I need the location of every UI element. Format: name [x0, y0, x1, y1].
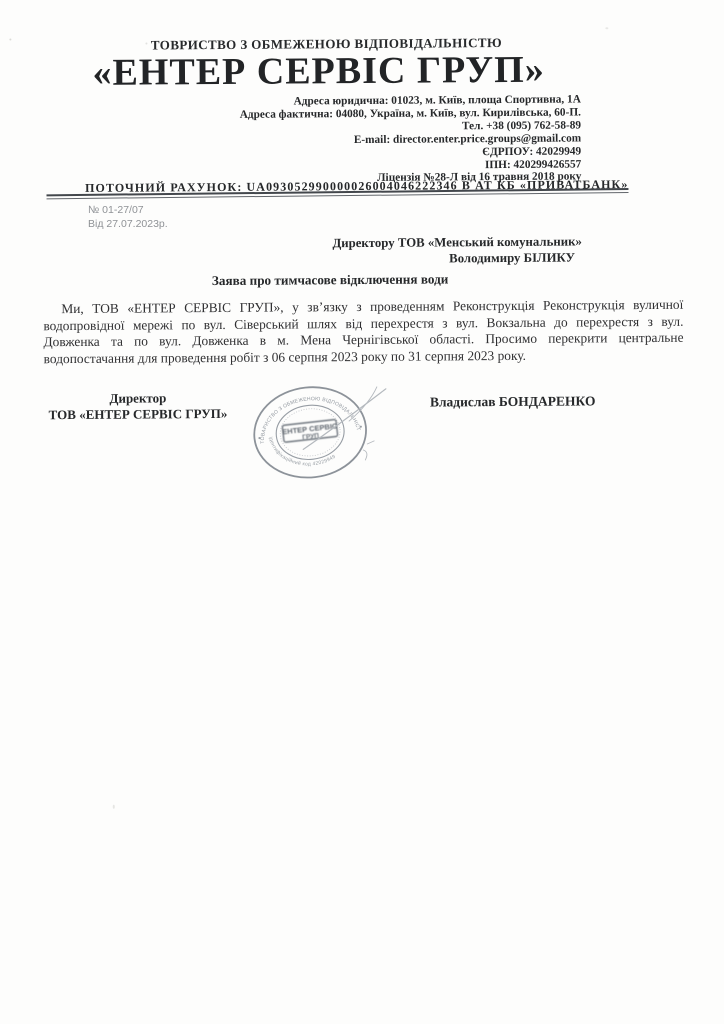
scan-speck	[605, 27, 608, 29]
addressee-title: Директору ТОВ «Менський комунальник»	[332, 234, 582, 252]
addressee-block: Директору ТОВ «Менський комунальник» Вол…	[332, 234, 582, 267]
signer-name: Владислав БОНДАРЕНКО	[430, 393, 596, 410]
signer-company: ТОВ «ЕНТЕР СЕРВІС ГРУП»	[48, 406, 228, 423]
signature-position-block: Директор ТОВ «ЕНТЕР СЕРВІС ГРУП»	[48, 390, 228, 423]
stamp-rings: ТОВАРИСТВО З ОБМЕЖЕНОЮ ВІДПОВІДАЛЬНІСТЮ …	[246, 382, 371, 485]
reference-block: № 01-27/07 Від 27.07.2023р.	[88, 204, 168, 231]
reference-number: № 01-27/07	[88, 204, 168, 218]
company-name: «ЕНТЕР СЕРВІС ГРУП»	[0, 47, 681, 96]
reference-date: Від 27.07.2023р.	[88, 218, 168, 232]
company-round-stamp: ТОВАРИСТВО З ОБМЕЖЕНОЮ ВІДПОВІДАЛЬНІСТЮ …	[246, 382, 399, 489]
stamp-center-emblem: ЕНТЕР СЕРВІС ГРУП	[281, 419, 339, 443]
addressee-name: Володимиру БІЛИКУ	[332, 250, 575, 267]
scan-content: ТОВРИСТВО З ОБМЕЖЕНОЮ ВІДПОВІДАЛЬНІСТЮ «…	[0, 0, 724, 1024]
letterhead-contacts: Адреса юридична: 01023, м. Київ, площа С…	[240, 93, 582, 186]
scan-speck	[9, 38, 11, 40]
body-line: водопостачання для проведення робіт з 06…	[44, 347, 684, 368]
letter-body: Ми, ТОВ «ЕНТЕР СЕРВІС ГРУП», у зв’язку з…	[43, 297, 683, 368]
scan-speck	[113, 805, 115, 809]
scanned-letter-page: ТОВРИСТВО З ОБМЕЖЕНОЮ ВІДПОВІДАЛЬНІСТЮ «…	[0, 0, 724, 1024]
signer-position: Директор	[48, 390, 228, 407]
scan-speck	[145, 42, 147, 44]
subject-title: Заява про тимчасове відключення води	[0, 270, 692, 291]
